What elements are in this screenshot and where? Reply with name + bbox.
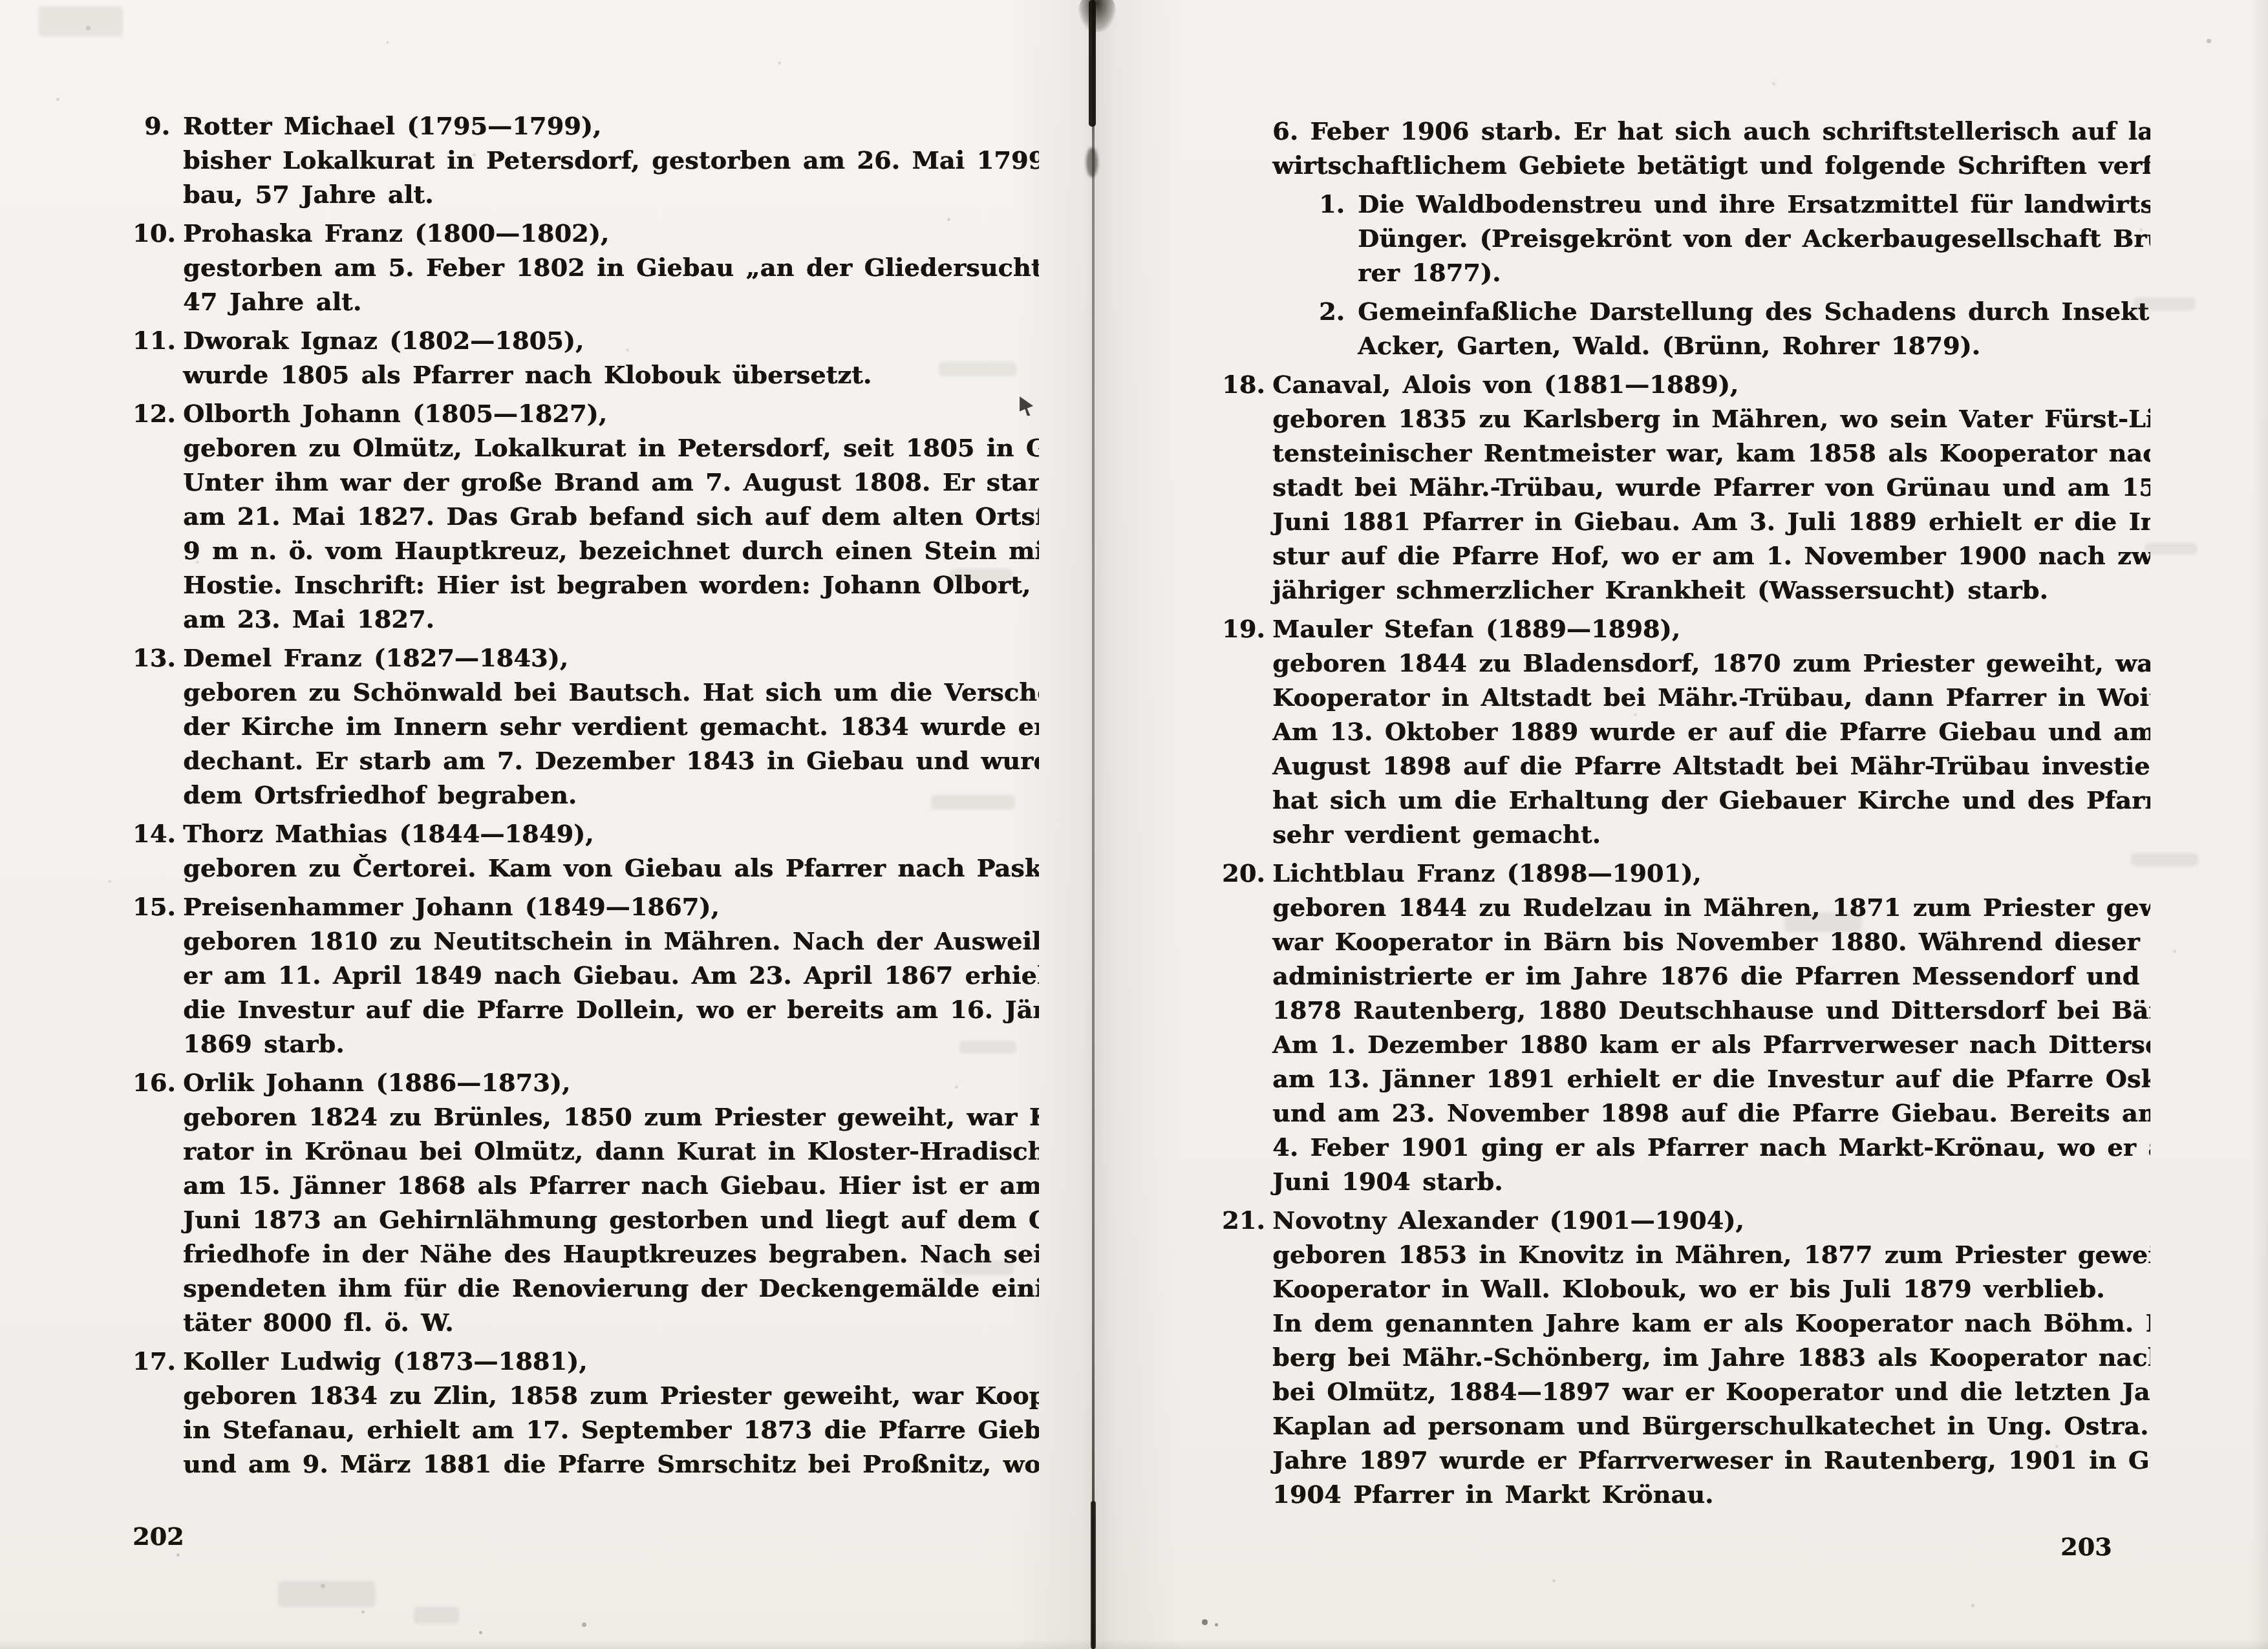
entry-heading-text: Canaval, Alois von (1881—1889), [1272, 370, 1738, 399]
entry-heading-line: 16.Orlik Johann (1886—1873), [183, 1065, 1039, 1100]
text-line: geboren zu Čertorei. Kam von Giebau als … [183, 851, 1039, 885]
text-line: wurde 1805 als Pfarrer nach Klobouk über… [183, 357, 1039, 392]
text-line: 1869 starb. [183, 1027, 1039, 1061]
entry-number: 21. [1222, 1203, 1259, 1237]
text-line: stur auf die Pfarre Hof, wo er am 1. Nov… [1272, 538, 2150, 573]
page-left: 9.Rotter Michael (1795—1799),bisher Loka… [0, 0, 1096, 1649]
text-line: der Kirche im Innern sehr verdient gemac… [183, 709, 1039, 743]
entry-heading-text: Die Waldbodenstreu und ihre Ersatzmittel… [1358, 189, 2150, 218]
text-line: geboren 1853 in Knovitz in Mähren, 1877 … [1272, 1237, 2150, 1271]
list-item: 13.Demel Franz (1827—1843),geboren zu Sc… [133, 641, 1039, 812]
entry-heading-line: 1.Die Waldbodenstreu und ihre Ersatzmitt… [1358, 187, 2150, 221]
text-line: 4. Feber 1901 ging er als Pfarrer nach M… [1272, 1130, 2150, 1164]
entry-heading-text: Thorz Mathias (1844—1849), [183, 819, 594, 848]
list-item: 20.Lichtblau Franz (1898—1901),geboren 1… [1222, 856, 2150, 1198]
list-item: 9.Rotter Michael (1795—1799),bisher Loka… [133, 109, 1039, 211]
entry-heading-text: Koller Ludwig (1873—1881), [183, 1346, 588, 1376]
entry-heading-text: Preisenhammer Johann (1849—1867), [183, 892, 720, 921]
text-line: sehr verdient gemacht. [1272, 817, 2150, 851]
entry-number: 11. [133, 323, 170, 357]
text-line: bei Olmütz, 1884—1897 war er Kooperator … [1272, 1374, 2150, 1409]
entry-number: 16. [133, 1065, 170, 1100]
list-item: 15.Preisenhammer Johann (1849—1867),gebo… [133, 889, 1039, 1061]
text-line: 47 Jahre alt. [183, 284, 1039, 319]
entry-number: 19. [1222, 612, 1259, 646]
text-line: bau, 57 Jahre alt. [183, 177, 1039, 211]
scan-artifact [1091, 1501, 1096, 1649]
text-line: administrierte er im Jahre 1876 die Pfar… [1272, 959, 2150, 993]
list-item: 17.Koller Ludwig (1873—1881),geboren 183… [133, 1344, 1039, 1481]
entry-number: 18. [1222, 367, 1259, 401]
scan-artifact [943, 1261, 1014, 1275]
entry-heading-line: 2.Gemeinfaßliche Darstellung des Schaden… [1358, 294, 2150, 328]
entry-heading-text: Lichtblau Franz (1898—1901), [1272, 858, 1702, 888]
entry-heading-line: 18.Canaval, Alois von (1881—1889), [1272, 367, 2150, 401]
text-line: Juni 1881 Pfarrer in Giebau. Am 3. Juli … [1272, 504, 2150, 538]
entry-heading-text: Dworak Ignaz (1802—1805), [183, 326, 584, 355]
entry-heading-text: Olborth Johann (1805—1827), [183, 399, 607, 428]
entry-heading-line: 12.Olborth Johann (1805—1827), [183, 396, 1039, 431]
text-line: in Stefanau, erhielt am 17. September 18… [183, 1412, 1039, 1447]
entry-number: 20. [1222, 856, 1259, 890]
entry-heading-line: 9.Rotter Michael (1795—1799), [183, 109, 1039, 143]
book-spread: 9.Rotter Michael (1795—1799),bisher Loka… [0, 0, 2268, 1649]
scan-artifact [1784, 913, 1862, 932]
text-line: gestorben am 5. Feber 1802 in Giebau „an… [183, 250, 1039, 284]
scan-artifact [959, 1041, 1016, 1054]
list-item: 11.Dworak Ignaz (1802—1805),wurde 1805 a… [133, 323, 1039, 392]
entry-heading-text: Mauler Stefan (1889—1898), [1272, 614, 1680, 643]
entry-number: 10. [133, 216, 170, 250]
scan-artifact [950, 569, 1012, 582]
entry-heading-line: 15.Preisenhammer Johann (1849—1867), [183, 889, 1039, 924]
text-line: Juni 1904 starb. [1272, 1164, 2150, 1198]
text-line: berg bei Mähr.-Schönberg, im Jahre 1883 … [1272, 1340, 2150, 1374]
text-line: 1878 Rautenberg, 1880 Deutschhause und D… [1272, 993, 2150, 1027]
entries: 9.Rotter Michael (1795—1799),bisher Loka… [133, 109, 1039, 1505]
text-line: friedhofe in der Nähe des Hauptkreuzes b… [183, 1237, 1039, 1271]
list-item: 21.Novotny Alexander (1901—1904),geboren… [1222, 1203, 2150, 1511]
list-item: 2.Gemeinfaßliche Darstellung des Schaden… [1307, 294, 2150, 363]
text-line: 9 m n. ö. vom Hauptkreuz, bezeichnet dur… [183, 533, 1039, 568]
paper-edge-shadow [2251, 0, 2268, 1649]
text-line: geboren 1835 zu Karlsberg in Mähren, wo … [1272, 401, 2150, 436]
list-item: 16.Orlik Johann (1886—1873),geboren 1824… [133, 1065, 1039, 1339]
text-line: rer 1877). [1358, 255, 2150, 290]
text-line: geboren 1810 zu Neutitschein in Mähren. … [183, 924, 1039, 958]
entry-heading-text: Orlik Johann (1886—1873), [183, 1068, 570, 1097]
entry-number: 14. [133, 816, 170, 851]
entry-heading-text: Novotny Alexander (1901—1904), [1272, 1206, 1744, 1235]
scan-artifact [39, 6, 123, 36]
text-line: täter 8000 fl. ö. W. [183, 1305, 1039, 1339]
text-line: und am 9. März 1881 die Pfarre Smrschitz… [183, 1447, 1039, 1481]
entry-heading-line: 17.Koller Ludwig (1873—1881), [183, 1344, 1039, 1378]
text-line: geboren 1834 zu Zlin, 1858 zum Priester … [183, 1378, 1039, 1412]
text-line: dechant. Er starb am 7. Dezember 1843 in… [183, 743, 1039, 778]
scan-artifact [2131, 853, 2198, 866]
page-number: 202 [133, 1519, 184, 1553]
scan-artifact [414, 1607, 459, 1624]
entry-number: 12. [133, 396, 170, 431]
text-line: tensteinischer Rentmeister war, kam 1858… [1272, 436, 2150, 470]
entry-heading-line: 14.Thorz Mathias (1844—1849), [183, 816, 1039, 851]
text-line: am 13. Jänner 1891 erhielt er die Invest… [1272, 1061, 2150, 1096]
text-line: August 1898 auf die Pfarre Altstadt bei … [1272, 749, 2150, 783]
text-line: wirtschaftlichem Gebiete betätigt und fo… [1272, 148, 2150, 182]
scan-artifact [2134, 297, 2196, 310]
text-line: 6. Feber 1906 starb. Er hat sich auch sc… [1272, 114, 2150, 148]
entry-heading-line: 21.Novotny Alexander (1901—1904), [1272, 1203, 2150, 1237]
text-line: geboren 1824 zu Brünles, 1850 zum Priest… [183, 1100, 1039, 1134]
text-line: Hostie. Inschrift: Hier ist begraben wor… [183, 568, 1039, 602]
list-item: 14.Thorz Mathias (1844—1849),geboren zu … [133, 816, 1039, 885]
text-line: dem Ortsfriedhof begraben. [183, 778, 1039, 812]
text-line: bisher Lokalkurat in Petersdorf, gestorb… [183, 143, 1039, 177]
entry-number: 13. [133, 641, 170, 675]
entry-heading-line: 11.Dworak Ignaz (1802—1805), [183, 323, 1039, 357]
text-line: Unter ihm war der große Brand am 7. Augu… [183, 465, 1039, 499]
entry-heading-line: 20.Lichtblau Franz (1898—1901), [1272, 856, 2150, 890]
text-line: Jahre 1897 wurde er Pfarrverweser in Rau… [1272, 1443, 2150, 1477]
page-number: 203 [2060, 1529, 2112, 1564]
scan-artifact [939, 362, 1016, 376]
text-line: Juni 1873 an Gehirnlähmung gestorben und… [183, 1202, 1039, 1237]
paper-edge-shadow [0, 1639, 2268, 1649]
entry-heading-line: 13.Demel Franz (1827—1843), [183, 641, 1039, 675]
text-line: 1904 Pfarrer in Markt Krönau. [1272, 1477, 2150, 1511]
entry-heading-text: Rotter Michael (1795—1799), [183, 111, 601, 140]
list-item: 6. Feber 1906 starb. Er hat sich auch sc… [1222, 114, 2150, 182]
text-line: jähriger schmerzlicher Krankheit (Wasser… [1272, 573, 2150, 607]
text-line: Kaplan ad personam und Bürgerschulkatech… [1272, 1409, 2150, 1443]
scan-artifact [278, 1581, 375, 1607]
book-gutter-shadow [1012, 0, 1180, 1649]
text-line: geboren zu Olmütz, Lokalkurat in Petersd… [183, 431, 1039, 465]
text-line: rator in Krönau bei Olmütz, dann Kurat i… [183, 1134, 1039, 1168]
text-line: Acker, Garten, Wald. (Brünn, Rohrer 1879… [1358, 328, 2150, 363]
scan-artifact [0, 0, 2, 2]
entry-number: 2. [1307, 294, 1345, 328]
text-line: am 15. Jänner 1868 als Pfarrer nach Gieb… [183, 1168, 1039, 1202]
text-line: In dem genannten Jahre kam er als Kooper… [1272, 1306, 2150, 1340]
text-line: am 23. Mai 1827. [183, 602, 1039, 636]
scan-artifact [2145, 543, 2197, 555]
text-line: geboren zu Schönwald bei Bautsch. Hat si… [183, 675, 1039, 709]
text-line: geboren 1844 zu Bladensdorf, 1870 zum Pr… [1272, 646, 2150, 680]
list-item: 1.Die Waldbodenstreu und ihre Ersatzmitt… [1307, 187, 2150, 290]
text-line: war Kooperator in Bärn bis November 1880… [1272, 924, 2150, 959]
text-line: spendeten ihm für die Renovierung der De… [183, 1271, 1039, 1305]
scan-artifact [1089, 0, 1096, 127]
list-item: 10.Prohaska Franz (1800—1802),gestorben … [133, 216, 1039, 319]
list-item: 19.Mauler Stefan (1889—1898),geboren 184… [1222, 612, 2150, 851]
entry-number: 9. [133, 109, 170, 143]
entry-number: 15. [133, 889, 170, 924]
entry-number: 17. [133, 1344, 170, 1378]
entries: 6. Feber 1906 starb. Er hat sich auch sc… [1222, 114, 2150, 1529]
text-line: am 21. Mai 1827. Das Grab befand sich au… [183, 499, 1039, 533]
text-line: stadt bei Mähr.-Trübau, wurde Pfarrer vo… [1272, 470, 2150, 504]
entry-number: 1. [1307, 187, 1345, 221]
text-line: Kooperator in Altstadt bei Mähr.-Trübau,… [1272, 680, 2150, 714]
list-item: 12.Olborth Johann (1805—1827),geboren zu… [133, 396, 1039, 636]
text-line: geboren 1844 zu Rudelzau in Mähren, 1871… [1272, 890, 2150, 924]
text-line: Am 1. Dezember 1880 kam er als Pfarrverw… [1272, 1027, 2150, 1061]
text-line: Kooperator in Wall. Klobouk, wo er bis J… [1272, 1271, 2150, 1306]
scan-artifact [1086, 147, 1098, 177]
list-item: 18.Canaval, Alois von (1881—1889),gebore… [1222, 367, 2150, 607]
text-line: er am 11. April 1849 nach Giebau. Am 23.… [183, 958, 1039, 992]
binding-crease [1092, 0, 1095, 1649]
page-right: 6. Feber 1906 starb. Er hat sich auch sc… [1096, 0, 2268, 1649]
entry-heading-text: Demel Franz (1827—1843), [183, 643, 568, 672]
entry-heading-line: 10.Prohaska Franz (1800—1802), [183, 216, 1039, 250]
entry-heading-text: Gemeinfaßliche Darstellung des Schadens … [1358, 297, 2150, 326]
text-line: Dünger. (Preisgekrönt von der Ackerbauge… [1358, 221, 2150, 255]
entry-heading-text: Prohaska Franz (1800—1802), [183, 218, 609, 248]
text-line: Am 13. Oktober 1889 wurde er auf die Pfa… [1272, 714, 2150, 749]
scan-artifact [931, 795, 1015, 809]
text-line: und am 23. November 1898 auf die Pfarre … [1272, 1096, 2150, 1130]
text-line: die Investur auf die Pfarre Dollein, wo … [183, 992, 1039, 1027]
entry-heading-line: 19.Mauler Stefan (1889—1898), [1272, 612, 2150, 646]
text-line: hat sich um die Erhaltung der Giebauer K… [1272, 783, 2150, 817]
